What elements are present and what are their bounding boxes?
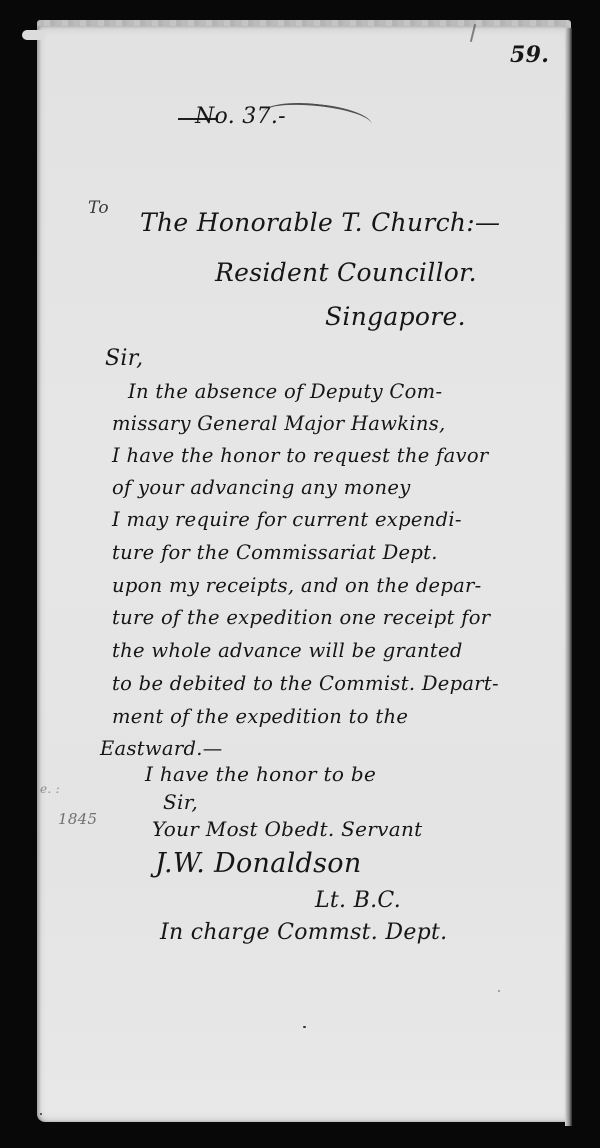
- margin-year-note: 1845: [58, 810, 97, 828]
- ink-speck: [303, 1026, 306, 1028]
- salutation: Sir,: [105, 346, 143, 371]
- signature-rank: Lt. B.C.: [315, 888, 401, 913]
- margin-mark: e. :: [40, 782, 60, 796]
- body-line: of your advancing any money: [112, 476, 411, 499]
- closing-line: I have the honor to be: [145, 762, 376, 786]
- addressee-place: Singapore.: [325, 302, 466, 331]
- closing-sir: Sir,: [163, 790, 198, 814]
- body-line: In the absence of Deputy Com-: [128, 380, 442, 403]
- body-line: I have the honor to request the favor: [112, 444, 489, 467]
- signature-position: In charge Commst. Dept.: [160, 920, 447, 945]
- addressee-name: The Honorable T. Church:—: [140, 208, 500, 237]
- document-scan: 59. No. 37.- To The Honorable T. Church:…: [0, 0, 600, 1148]
- body-line: missary General Major Hawkins,: [112, 412, 446, 435]
- body-line: ment of the expedition to the: [112, 705, 408, 728]
- body-line: the whole advance will be granted: [112, 639, 463, 662]
- body-line: Eastward.—: [100, 737, 223, 760]
- body-line: I may require for current expendi-: [112, 508, 462, 531]
- ink-speck: [40, 1113, 42, 1115]
- addressee-title: Resident Councillor.: [215, 258, 477, 287]
- signature-name: J.W. Donaldson: [155, 848, 362, 879]
- body-line: upon my receipts, and on the depar-: [112, 574, 482, 597]
- closing-servant: Your Most Obedt. Servant: [152, 817, 423, 841]
- paper-corner-lip: [22, 30, 44, 40]
- ink-speck: [498, 990, 500, 992]
- page-number: 59.: [510, 42, 549, 68]
- paper-right-edge: [565, 28, 572, 1126]
- address-prefix: To: [88, 198, 109, 218]
- body-line: ture of the expedition one receipt for: [112, 606, 490, 629]
- body-line: to be debited to the Commist. Depart-: [112, 672, 499, 695]
- body-line: ture for the Commissariat Dept.: [112, 541, 438, 564]
